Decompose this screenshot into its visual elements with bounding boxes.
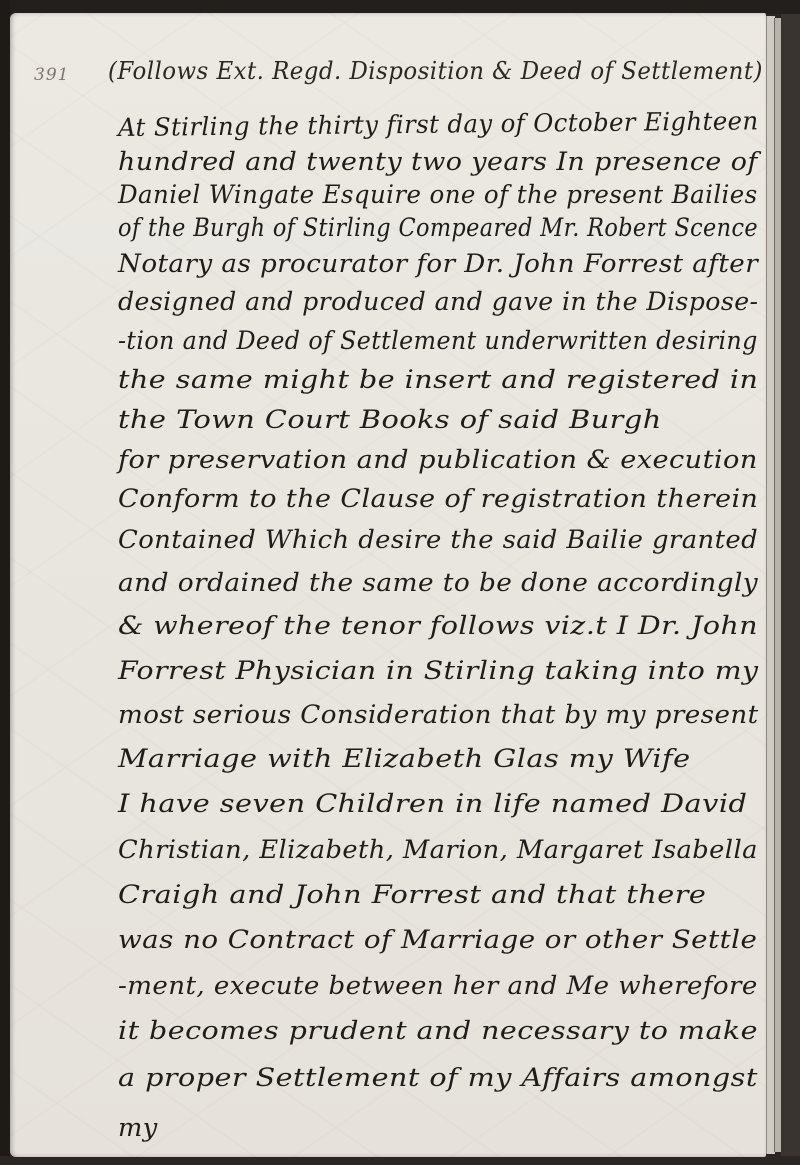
text-line: At Stirling the thirty first day of Octo… (118, 106, 759, 142)
scan-frame-top (0, 0, 800, 14)
text-line: the Town Court Books of said Burgh (118, 405, 662, 434)
text-line: of the Burgh of Stirling Compeared Mr. R… (118, 213, 758, 242)
entry-heading: (Follows Ext. Regd. Disposition & Deed o… (108, 57, 763, 85)
text-line: the same might be insert and registered … (118, 365, 758, 394)
text-line: Forrest Physician in Stirling taking int… (118, 656, 758, 685)
text-line: designed and produced and gave in the Di… (118, 287, 758, 316)
text-line: it becomes prudent and necessary to make (118, 1016, 758, 1045)
text-line: Notary as procurator for Dr. John Forres… (118, 249, 758, 278)
text-line: I have seven Children in life named Davi… (118, 789, 747, 818)
scan-frame-left (0, 0, 10, 1165)
binding-edge (781, 14, 800, 1156)
text-line: a proper Settlement of my Affairs amongs… (118, 1063, 758, 1092)
folio-number: 391 (34, 65, 69, 85)
text-line: hundred and twenty two years In presence… (118, 147, 758, 176)
text-line: Craigh and John Forrest and that there (118, 880, 706, 909)
text-line: Contained Which desire the said Bailie g… (118, 525, 758, 554)
scan-frame-bottom (0, 1156, 800, 1165)
text-line: and ordained the same to be done accordi… (118, 568, 758, 597)
manuscript-page: 391 (Follows Ext. Regd. Disposition & De… (10, 13, 766, 1157)
text-line: -tion and Deed of Settlement underwritte… (118, 326, 758, 355)
text-line: my (118, 1113, 158, 1142)
text-line: & whereof the tenor follows viz.t I Dr. … (118, 611, 758, 640)
text-line: was no Contract of Marriage or other Set… (118, 925, 757, 954)
text-line: -ment, execute between her and Me wheref… (118, 971, 758, 1000)
text-line: Christian, Elizabeth, Marion, Margaret I… (118, 835, 758, 864)
text-line: for preservation and publication & execu… (118, 445, 758, 474)
text-line: Conform to the Clause of registration th… (118, 484, 758, 513)
text-line: most serious Consideration that by my pr… (118, 700, 759, 729)
text-line: Daniel Wingate Esquire one of the presen… (118, 180, 758, 209)
text-line: Marriage with Elizabeth Glas my Wife (118, 744, 691, 773)
